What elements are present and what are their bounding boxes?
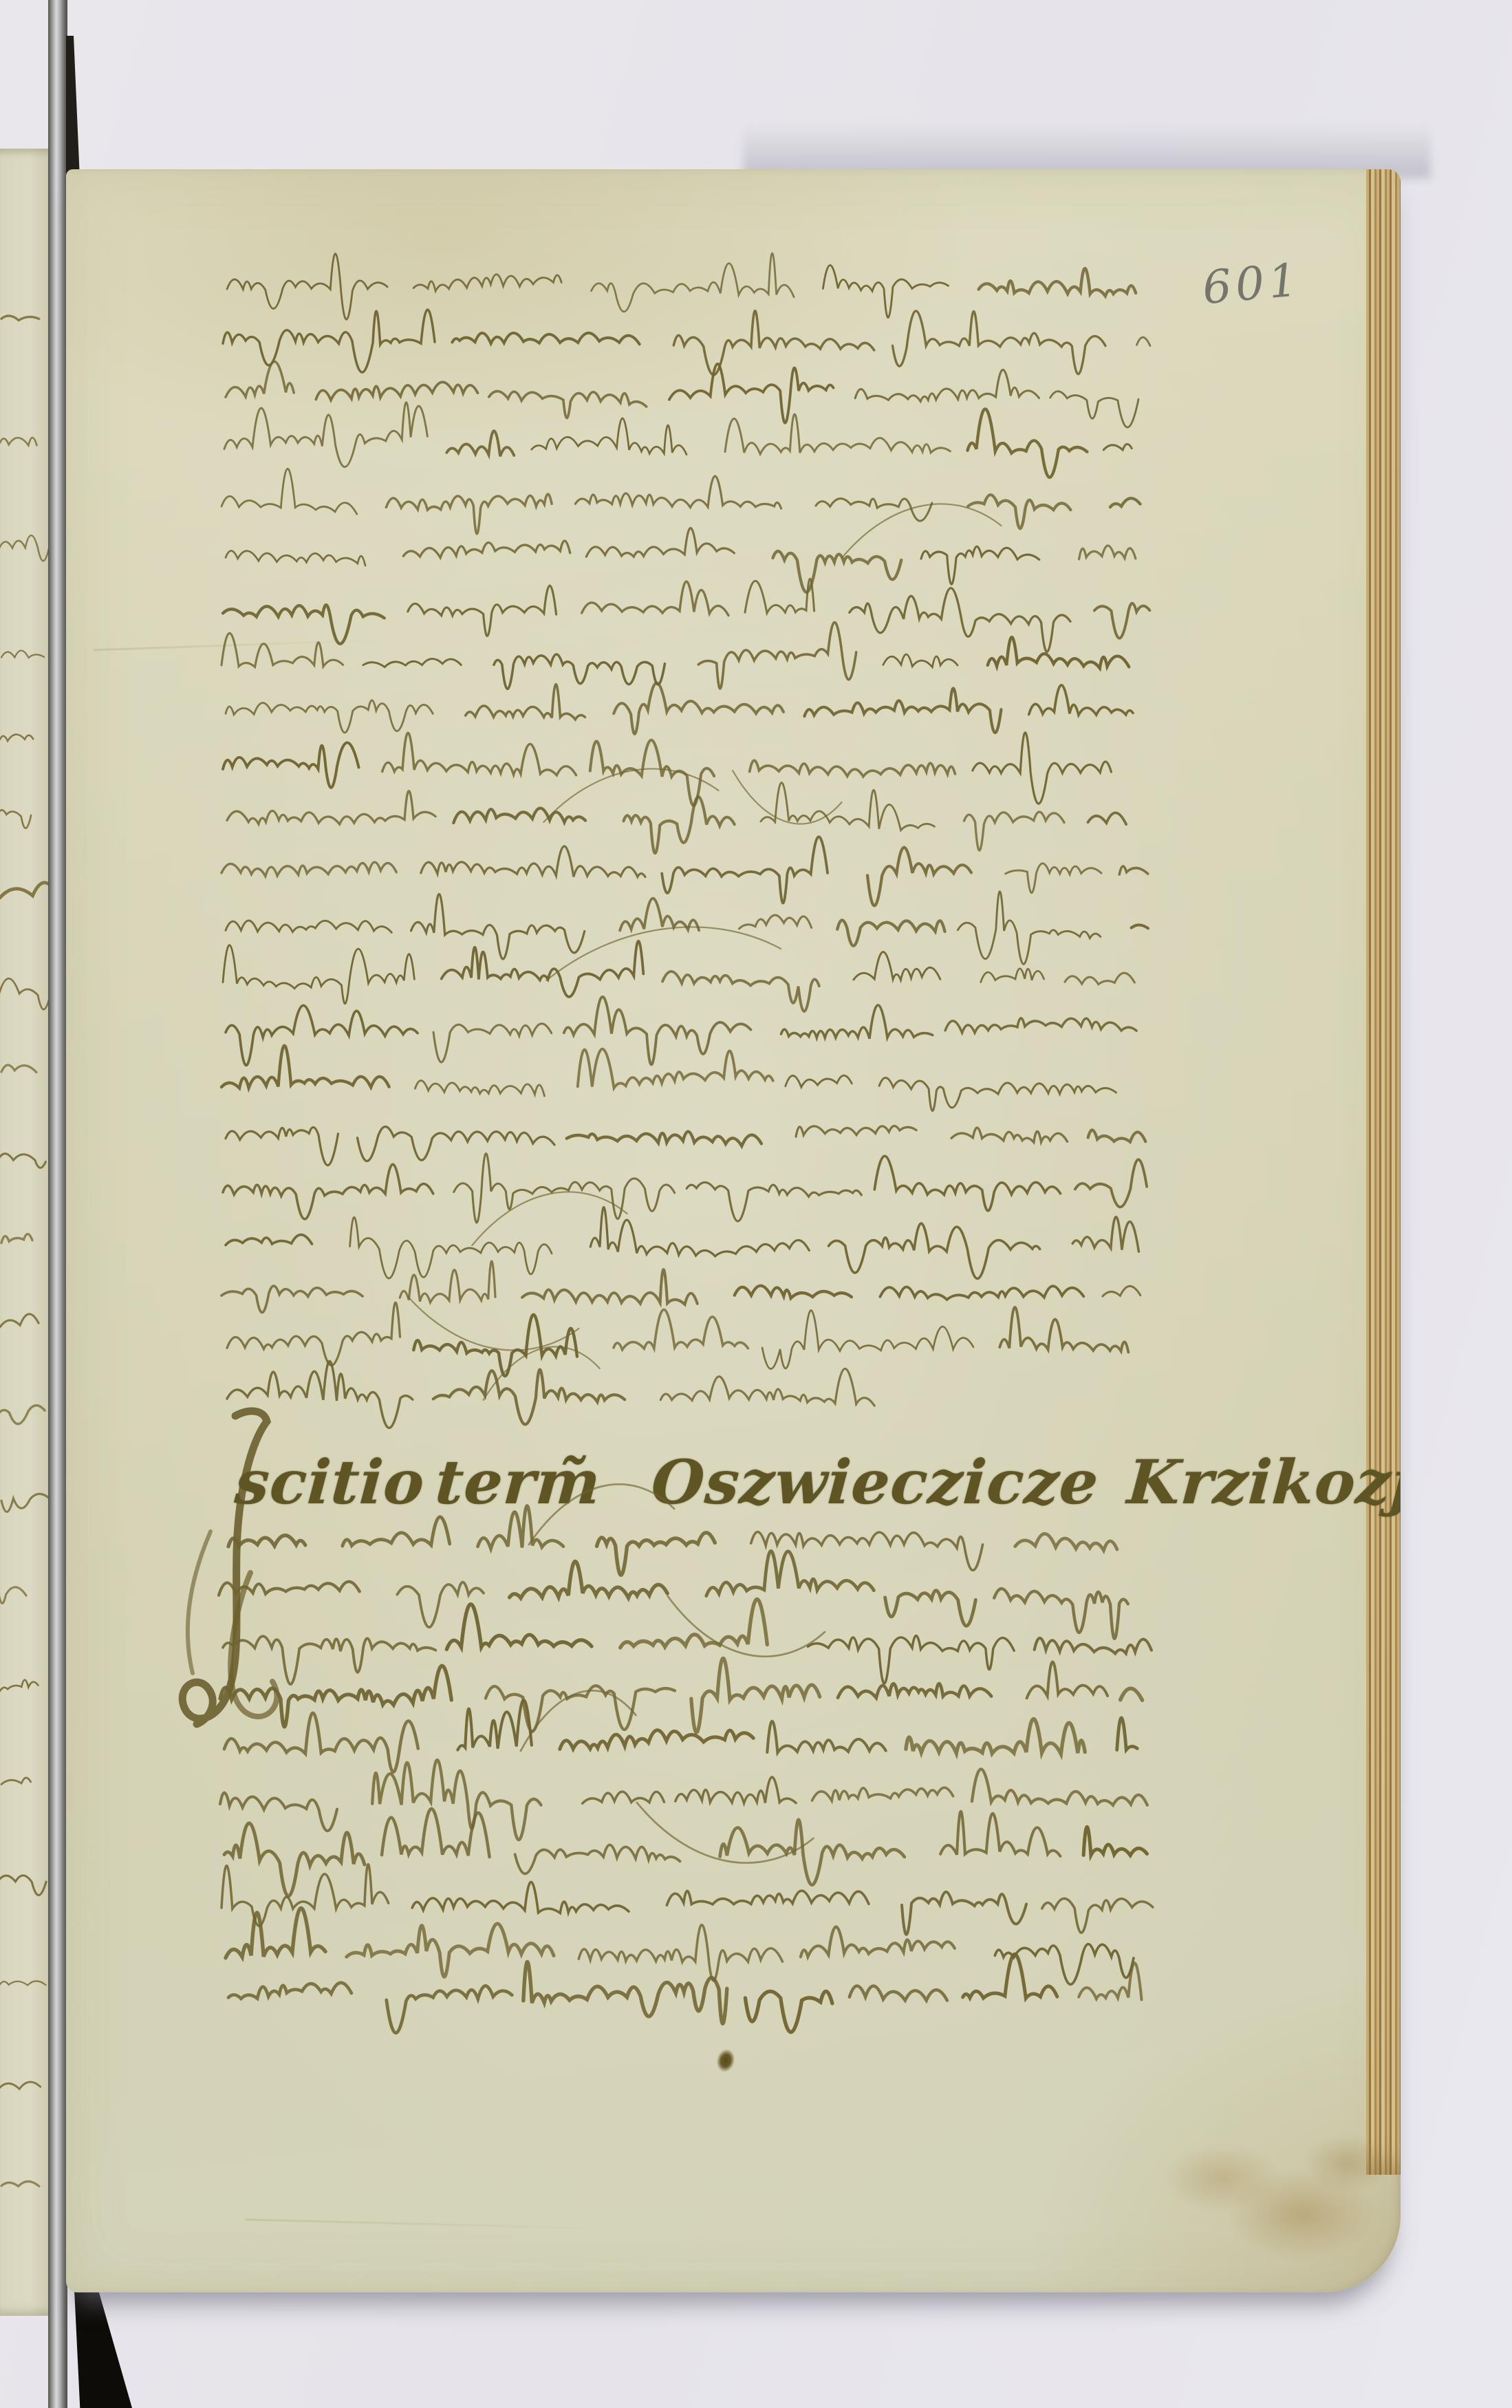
- script-line: [0, 1669, 50, 1713]
- script-line: [1, 1222, 48, 1266]
- gutter-shadow-top: [66, 36, 80, 179]
- script-line: [0, 862, 50, 937]
- photographed-manuscript: 601 scitio term̃ Oszwieczicze Krzikozj: [0, 0, 1512, 2408]
- script-line: [1, 1765, 48, 1809]
- script-line: [0, 424, 50, 468]
- water-stain: [1154, 2120, 1381, 2265]
- script-line: [0, 1573, 47, 1617]
- script-line: [0, 2068, 50, 2112]
- script-line: [0, 1862, 50, 1906]
- script-line: [228, 1956, 1156, 2044]
- script-line: [0, 974, 50, 1018]
- script-line: [0, 1308, 41, 1352]
- paper-crease: [245, 2219, 603, 2230]
- fore-edge-page-stack: [1366, 169, 1401, 2175]
- ink-blot-mark: [714, 2047, 737, 2074]
- script-line: [0, 527, 50, 571]
- heading-word: Krzikozj: [1125, 1448, 1401, 1516]
- script-line: [0, 1139, 50, 1183]
- script-line: [0, 792, 50, 836]
- facing-page-edge: [0, 149, 50, 2316]
- page-top-edge: [66, 169, 1401, 179]
- gutter-shadow-bottom: [72, 2283, 132, 2408]
- manuscript-leaf: 601 scitio term̃ Oszwieczicze Krzikozj: [66, 169, 1401, 2292]
- script-line: [0, 720, 50, 764]
- script-line: [0, 1965, 50, 2009]
- book-clamp-rod: [48, 0, 67, 2408]
- script-line: [1, 1050, 50, 1094]
- script-line: [1, 637, 50, 681]
- script-line: [0, 1394, 50, 1438]
- script-line: [1, 300, 50, 344]
- script-line: [1, 2164, 45, 2208]
- script-line: [1, 1480, 50, 1524]
- folio-number: 601: [1200, 253, 1304, 314]
